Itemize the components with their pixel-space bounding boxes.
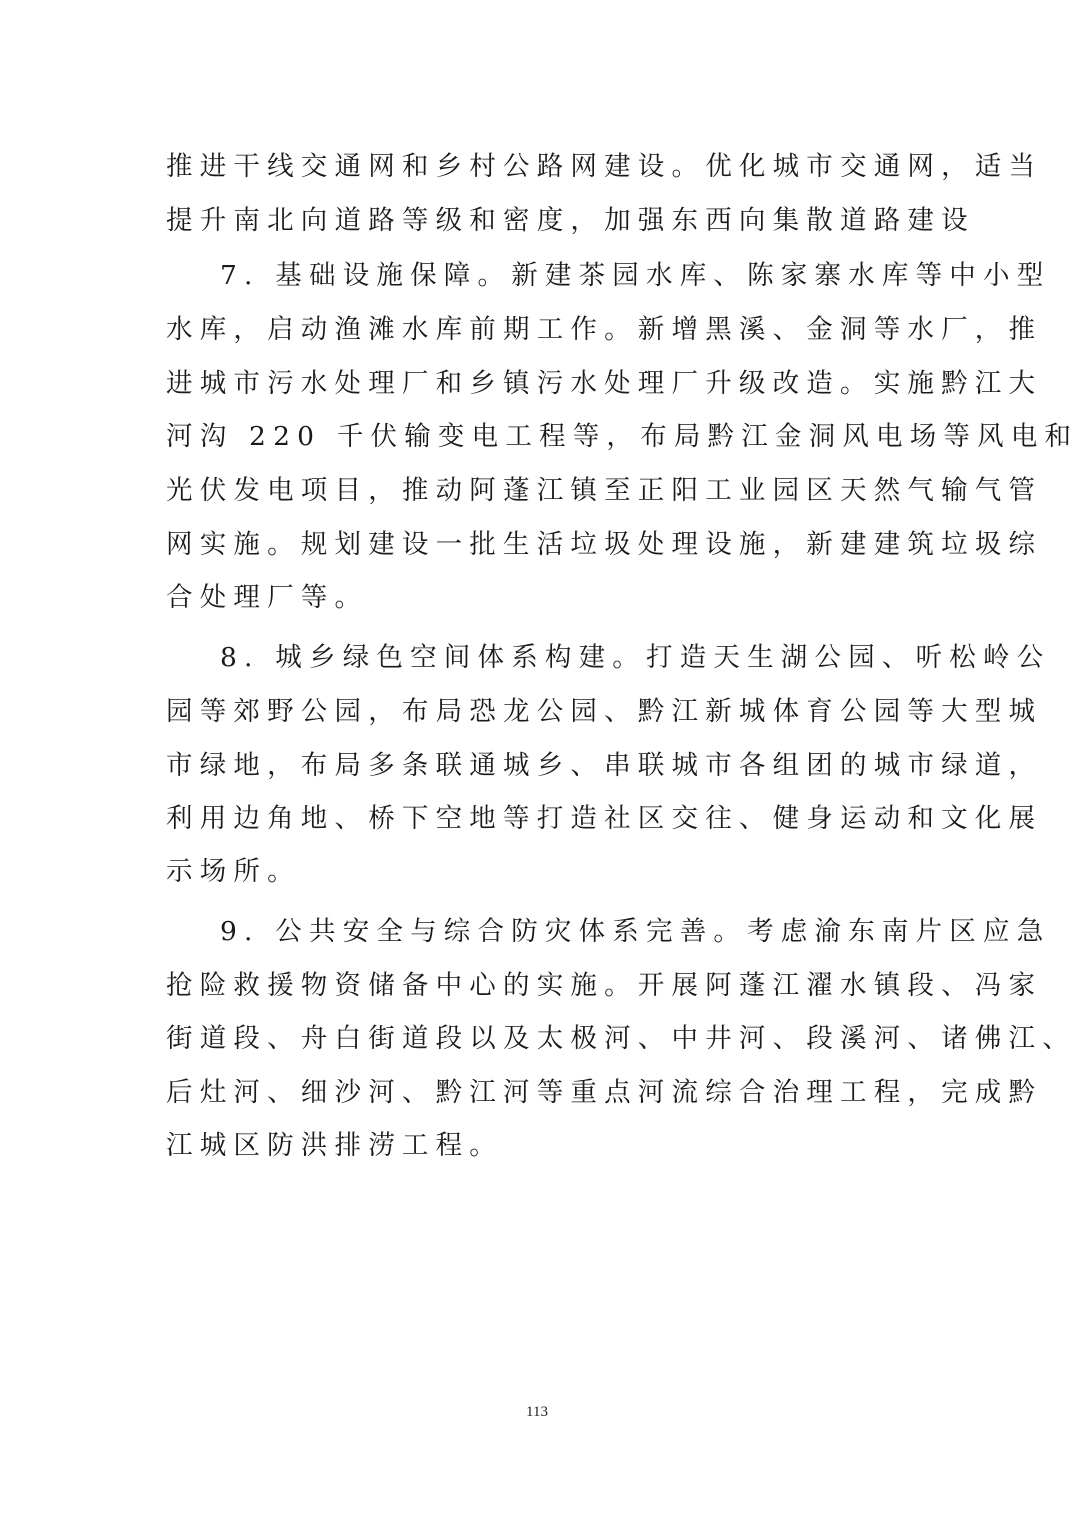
text-line: 光伏发电项目，推动阿蓬江镇至正阳工业园区天然气输气管 [166, 474, 910, 508]
text-line: 园等郊野公园，布局恐龙公园、黔江新城体育公园等大型城 [166, 695, 910, 729]
text-line: 提升南北向道路等级和密度，加强东西向集散道路建设 [166, 204, 910, 238]
text-line: 抢险救援物资储备中心的实施。开展阿蓬江濯水镇段、冯家 [166, 969, 910, 1003]
text-line: 进城市污水处理厂和乡镇污水处理厂升级改造。实施黔江大 [166, 367, 910, 401]
text-line: 河沟 220 千伏输变电工程等，布局黔江金洞风电场等风电和 [166, 420, 910, 454]
text-line: 8. 城乡绿色空间体系构建。打造天生湖公园、听松岭公 [220, 641, 910, 675]
text-line: 推进干线交通网和乡村公路网建设。优化城市交通网，适当 [166, 150, 910, 184]
text-line: 街道段、舟白街道段以及太极河、中井河、段溪河、诸佛江、 [166, 1022, 910, 1056]
text-line: 7. 基础设施保障。新建茶园水库、陈家寨水库等中小型 [220, 259, 910, 293]
page-number: 113 [0, 1404, 1074, 1421]
text-line: 合处理厂等。 [166, 581, 910, 615]
text-line: 市绿地，布局多条联通城乡、串联城市各组团的城市绿道， [166, 749, 910, 783]
text-line: 示场所。 [166, 855, 910, 889]
text-line: 利用边角地、桥下空地等打造社区交往、健身运动和文化展 [166, 802, 910, 836]
text-line: 网实施。规划建设一批生活垃圾处理设施，新建建筑垃圾综 [166, 528, 910, 562]
text-line: 江城区防洪排涝工程。 [166, 1129, 910, 1163]
text-line: 水库，启动渔滩水库前期工作。新增黑溪、金洞等水厂，推 [166, 313, 910, 347]
text-line: 后灶河、细沙河、黔江河等重点河流综合治理工程，完成黔 [166, 1076, 910, 1110]
text-line: 9. 公共安全与综合防灾体系完善。考虑渝东南片区应急 [220, 915, 910, 949]
document-page: 推进干线交通网和乡村公路网建设。优化城市交通网，适当 提升南北向道路等级和密度，… [0, 0, 1074, 1520]
